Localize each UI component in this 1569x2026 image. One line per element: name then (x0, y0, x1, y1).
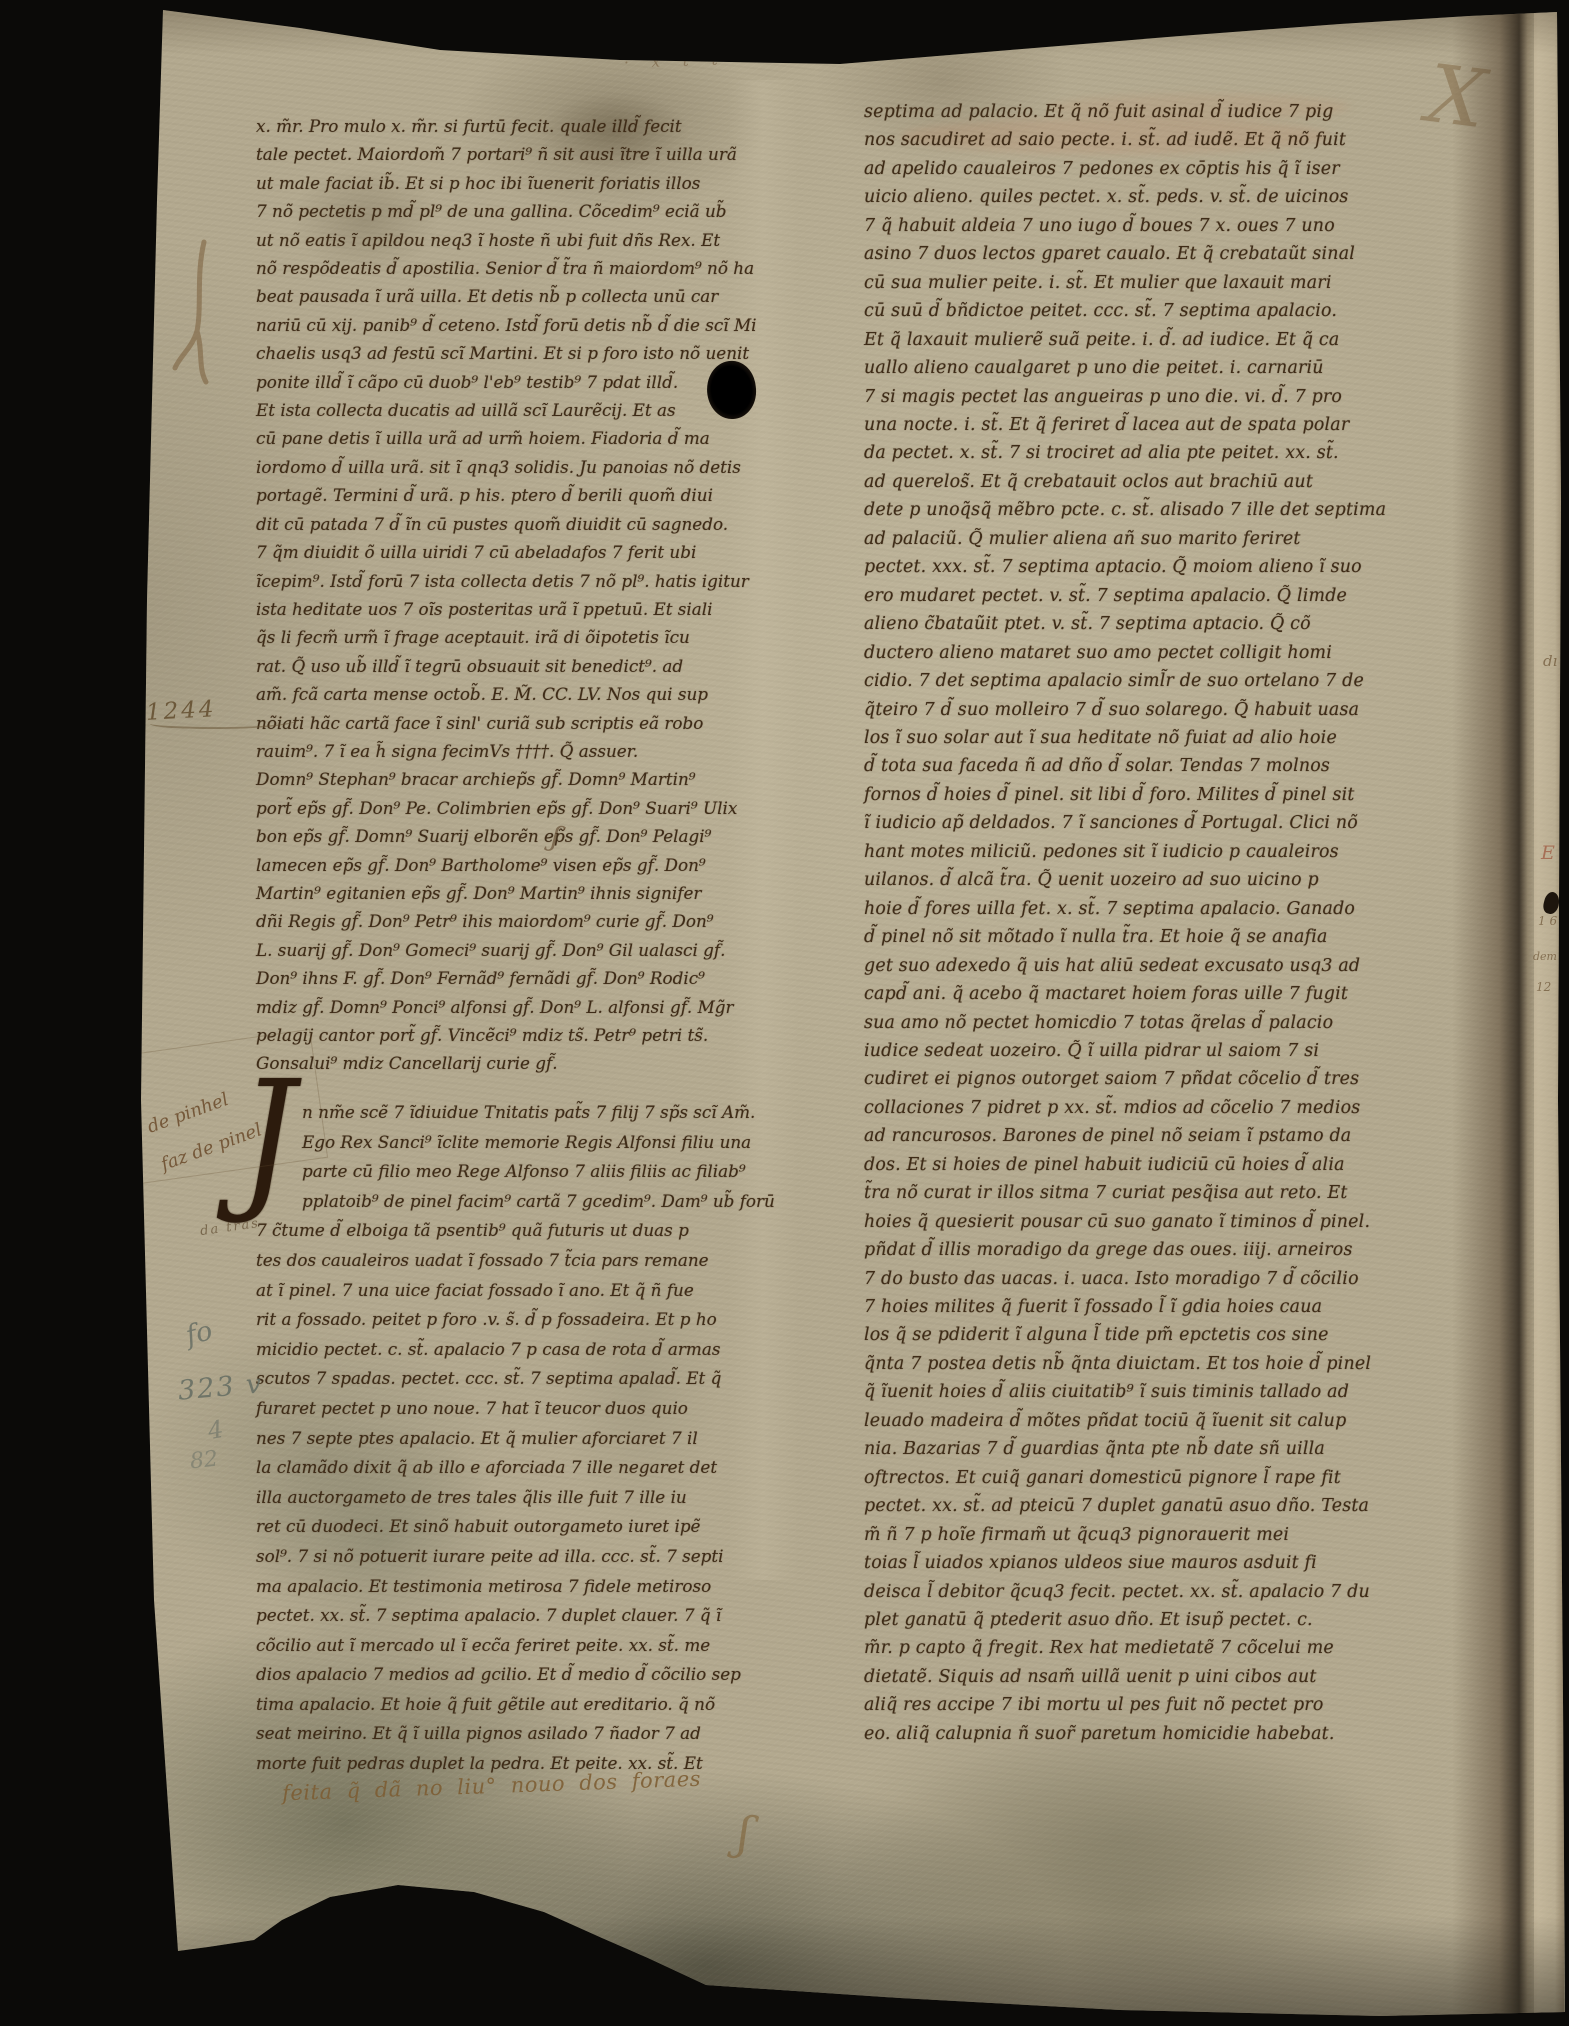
manuscript-text-line: pectet. xx. st̃. ad pteicū 7 duplet gana… (864, 1492, 1468, 1520)
manuscript-text-line: ad rancurosos. Barones de pinel nõ seiam… (864, 1122, 1468, 1150)
manuscript-text-line: dit cū patada 7 d̃ ĩn cū pustes quom̃ di… (256, 510, 708, 538)
manuscript-text-line: parte cū filio meo Rege Alfonso 7 aliis … (302, 1157, 708, 1187)
manuscript-text-line: asino 7 duos lectos gparet caualo. Et q̃… (864, 240, 1468, 268)
manuscript-text-line: tima apalacio. Et hoie q̃ fuit gẽtile au… (256, 1690, 708, 1720)
manuscript-text-line: micidio pectet. c. st̃. apalacio 7 p cas… (256, 1335, 708, 1365)
facing-folio-fragment: E (1541, 842, 1555, 864)
manuscript-text-line: ero mudaret pectet. v. st̃. 7 septima ap… (864, 582, 1468, 610)
manuscript-text-line: dos. Et si hoies de pinel habuit iudiciū… (864, 1151, 1468, 1179)
right-text-column: septima ad palacio. Et q̃ nõ fuit asinal… (864, 98, 1468, 1748)
manuscript-text-line: nariū cū xij. panib⁹ d̃ ceteno. Istd̃ fo… (256, 311, 708, 339)
manuscript-text-line: hant motes miliciũ. pedones sit ĩ iudici… (864, 838, 1468, 866)
manuscript-text-line: hoie d̃ fores uilla fet. x. st̃. 7 septi… (864, 895, 1468, 923)
manuscript-text-line: ad apelido caualeiros 7 pedones ex cōpti… (864, 155, 1468, 183)
manuscript-text-line: cudiret ei pignos outorget saiom 7 pñdat… (864, 1065, 1468, 1093)
manuscript-text-line: rat. Q̃ uso ub̃ illd̃ ĩ tegrū obsuauit s… (256, 652, 708, 680)
manuscript-text-line: Ego Rex Sanci⁹ ĩclite memorie Regis Alfo… (302, 1128, 708, 1158)
manuscript-text-line: n nm̃e scẽ 7 ĩdiuidue Tnitatis pat̃s 7 f… (302, 1098, 708, 1128)
manuscript-text-line: L. suarij gf̃. Don⁹ Gomeci⁹ suarij gf̃. … (256, 936, 708, 964)
pencil-scribble-1: 4 (206, 1415, 226, 1445)
manuscript-text-line: dete p unoq̃sq̃ mẽbro pcte. c. st̃. alis… (864, 496, 1468, 524)
manuscript-text-line: toias l̃ uiados xpianos uldeos siue maur… (864, 1549, 1468, 1577)
manuscript-text-line: Don⁹ ihns F. gf̃. Don⁹ Fernãd⁹ fernãdi g… (256, 964, 708, 992)
manuscript-text-line: ĩcepim⁹. Istd̃ forū 7 ista collecta deti… (256, 567, 708, 595)
manuscript-text-line: rit a fossado. peitet p foro .v. s̃. d̃ … (256, 1305, 708, 1335)
facing-folio-fragment: dem (1533, 950, 1557, 963)
manuscript-text-line: ad palaciũ. Q̃ mulier aliena añ suo mari… (864, 525, 1468, 553)
manuscript-text-line: Domn⁹ Stephan⁹ bracar archiep̃s gf̃. Dom… (256, 765, 708, 793)
manuscript-text-line: dios apalacio 7 medios ad gcilio. Et d̃ … (256, 1660, 708, 1690)
manuscript-text-line: los q̃ se pdiderit ĩ alguna l̃ tide pm̃ … (864, 1321, 1468, 1349)
manuscript-text-line: nõiati hãc cartã face ĩ sinl' curiã sub … (256, 709, 708, 737)
manuscript-text-line: lamecen ep̃s gf̃. Don⁹ Bartholome⁹ visen… (256, 851, 708, 879)
manuscript-text-line: scutos 7 spadas. pectet. ccc. st̃. 7 sep… (256, 1364, 708, 1394)
manuscript-text-line: port̃ ep̃s gf̃. Don⁹ Pe. Colimbrien ep̃s… (256, 794, 708, 822)
parchment-light-streak (728, 80, 798, 1580)
manuscript-text-line: d̃ pinel nõ sit mõtado ĩ nulla t̃ra. Et … (864, 923, 1468, 951)
manuscript-text-line: plet ganatū q̃ ptederit asuo dño. Et isu… (864, 1606, 1468, 1634)
manuscript-text-line: iordomo d̃ uilla urã. sit ĩ qnq3 solidis… (256, 453, 708, 481)
ink-blot (1542, 891, 1562, 916)
parchment-hole (703, 358, 760, 422)
manuscript-text-line: alieno c̃bataũit ptet. v. st̃. 7 septima… (864, 610, 1468, 638)
manuscript-text-line: pplatoib⁹ de pinel facim⁹ cartã 7 gcedim… (302, 1187, 708, 1217)
manuscript-text-line: ista heditate uos 7 oĩs posteritas urã ĩ… (256, 595, 708, 623)
manuscript-text-line: dñi Regis gf̃. Don⁹ Petr⁹ ihis maiordom⁹… (256, 907, 708, 935)
manuscript-text-line: m̃ ñ 7 p hoĩe firmam̃ ut q̃cuq3 pignorau… (864, 1521, 1468, 1549)
manuscript-text-line: nõ respõdeatis d̃ apostilia. Senior d̃ t… (256, 254, 708, 282)
manuscript-text-line: portagẽ. Termini d̃ urã. p his. ptero d̃… (256, 481, 708, 509)
manuscript-text-line: fornos d̃ hoies d̃ pinel. sit libi d̃ fo… (864, 781, 1468, 809)
manuscript-text-line: tale pectet. Maiordom̃ 7 portari⁹ ñ sit … (256, 140, 708, 168)
manuscript-text-line: una nocte. i. st̃. Et q̃ feriret d̃ lace… (864, 411, 1468, 439)
manuscript-text-line: Et ista collecta ducatis ad uillã scĩ La… (256, 396, 708, 424)
manuscript-text-line: m̃r. p capto q̃ fregit. Rex hat medietat… (864, 1634, 1468, 1662)
manuscript-text-line: cū pane detis ĩ uilla urã ad urm̃ hoiem.… (256, 424, 708, 452)
manuscript-text-line: ductero alieno mataret suo amo pectet co… (864, 639, 1468, 667)
manuscript-text-line: q̃teiro 7 d̃ suo molleiro 7 d̃ suo solar… (864, 696, 1468, 724)
manuscript-text-line: 7 c̃tume d̃ elboiga tã psentib⁹ quã futu… (256, 1216, 708, 1246)
pencil-folio-abbrev: fo (183, 1315, 216, 1351)
manuscript-text-line: cõcilio aut ĩ mercado ul ĩ ecc̃a feriret… (256, 1631, 708, 1661)
manuscript-text-line: ad querelos̃. Et q̃ crebatauit oclos aut… (864, 468, 1468, 496)
manuscript-text-line: Et q̃ laxauit mulierẽ suã peite. i. d̃. … (864, 326, 1468, 354)
manuscript-text-line: 7 si magis pectet las angueiras p uno di… (864, 383, 1468, 411)
manuscript-text-line: d̃ tota sua faceda ñ ad dño d̃ solar. Te… (864, 752, 1468, 780)
manuscript-text-line: get suo adexedo q̃ uis hat aliū sedeat e… (864, 952, 1468, 980)
manuscript-text-line: ut male faciat ib̃. Et si p hoc ibi ĩuen… (256, 169, 708, 197)
manuscript-text-line: iudice sedeat uozeiro. Q̃ ĩ uilla pidrar… (864, 1037, 1468, 1065)
manuscript-text-line: ponite illd̃ ĩ cãpo cū duob⁹ l'eb⁹ testi… (256, 368, 708, 396)
manuscript-text-line: hoies q̃ quesierit pousar cū suo ganato … (864, 1208, 1468, 1236)
manuscript-text-line: 7 nõ pectetis p md̃ pl⁹ de una gallina. … (256, 197, 708, 225)
manuscript-text-line: at ĩ pinel. 7 una uice faciat fossado ĩ … (256, 1276, 708, 1306)
manuscript-text-line: ĩ iudicio ap̃ deldados. 7 ĩ sanciones d̃… (864, 809, 1468, 837)
manuscript-text-line: sol⁹. 7 si nõ potuerit iurare peite ad i… (256, 1542, 708, 1572)
facing-folio-edge (1534, 0, 1564, 2026)
manuscript-text-line: ut nõ eatis ĩ apildou neq3 ĩ hoste ñ ubi… (256, 226, 708, 254)
manuscript-text-line: nos sacudiret ad saio pecte. i. st̃. ad … (864, 126, 1468, 154)
manuscript-text-line: leuado madeira d̃ mõtes pñdat tociū q̃ ĩ… (864, 1407, 1468, 1435)
manuscript-text-line: 7 q̃ habuit aldeia 7 uno iugo d̃ boues 7… (864, 212, 1468, 240)
facing-folio-fragment: 1 6 (1538, 914, 1557, 928)
manuscript-text-line: bon ep̃s gf̃. Domn⁹ Suarij elborẽn ep̃s … (256, 822, 708, 850)
manuscript-text-line: uallo alieno caualgaret p uno die peitet… (864, 354, 1468, 382)
manuscript-text-line: pelagij cantor port̃ gf̃. Vincẽci⁹ mdiz … (256, 1021, 708, 1049)
manuscript-text-line: ret cū duodeci. Et sinõ habuit outorgame… (256, 1512, 708, 1542)
manuscript-text-line: cū sua mulier peite. i. st̃. Et mulier q… (864, 269, 1468, 297)
manuscript-text-line: q̃s li fecm̃ urm̃ ĩ frage aceptauit. irã… (256, 623, 708, 651)
manuscript-text-line: Martin⁹ egitanien ep̃s gf̃. Don⁹ Martin⁹… (256, 879, 708, 907)
left-text-column-section2: n nm̃e scẽ 7 ĩdiuidue Tnitatis pat̃s 7 f… (256, 1098, 708, 1779)
manuscript-text-line: capd̃ ani. q̃ acebo q̃ mactaret hoiem fo… (864, 980, 1468, 1008)
manuscript-text-line: collaciones 7 pidret p xx. st̃. mdios ad… (864, 1094, 1468, 1122)
manuscript-text-line: uicio alieno. quiles pectet. x. st̃. ped… (864, 183, 1468, 211)
manuscript-text-line: los ĩ suo solar aut ĩ sua heditate nõ fu… (864, 724, 1468, 752)
manuscript-text-line: cū suū d̃ bñdictoe peitet. ccc. st̃. 7 s… (864, 297, 1468, 325)
manuscript-text-line: q̃ ĩuenit hoies d̃ aliis ciuitatib⁹ ĩ su… (864, 1378, 1468, 1406)
manuscript-text-line: nes 7 septe ptes apalacio. Et q̃ mulier … (256, 1424, 708, 1454)
facing-folio-fragment: 12 (1536, 980, 1551, 994)
pencil-folio-number: 323 v (177, 1368, 265, 1406)
manuscript-text-line: chaelis usq3 ad festū scĩ Martini. Et si… (256, 339, 708, 367)
manuscript-text-line: oftrectos. Et cuiq̃ ganari domesticū pig… (864, 1464, 1468, 1492)
margin-stain-mark (170, 236, 240, 396)
manuscript-text-line: ma apalacio. Et testimonia metirosa 7 fi… (256, 1572, 708, 1602)
manuscript-photograph: { "colors": { "backdrop": "#0b0a08", "pa… (0, 0, 1569, 2026)
manuscript-text-line: cidio. 7 det septima apalacio siml̃r de … (864, 667, 1468, 695)
manuscript-text-line: sua amo nõ pectet homicdio 7 totas q̃rel… (864, 1009, 1468, 1037)
manuscript-text-line: la clamãdo dixit q̃ ab illo e aforciada … (256, 1453, 708, 1483)
parchment-page: x. m̃r. Pro mulo x. m̃r. si furtū fecit.… (0, 0, 1569, 2026)
manuscript-text-line: x. m̃r. Pro mulo x. m̃r. si furtū fecit.… (256, 112, 708, 140)
manuscript-text-line: rauim⁹. 7 ĩ ea h̃ signa fecimVs ††††. Q̃… (256, 737, 708, 765)
manuscript-text-line: 7 hoies milites q̃ fuerit ĩ fossado l̃ ĩ… (864, 1293, 1468, 1321)
bottom-flourish: ʃ (735, 1805, 753, 1860)
manuscript-text-line: tes dos caualeiros uadat ĩ fossado 7 t̃c… (256, 1246, 708, 1276)
manuscript-text-line: eo. aliq̃ calupnia ñ suor̃ paretum homic… (864, 1720, 1468, 1748)
manuscript-text-line: 7 do busto das uacas. i. uaca. Isto mora… (864, 1265, 1468, 1293)
facing-folio-fragment: dı (1543, 652, 1557, 670)
manuscript-text-line: t̃ra nõ curat ir illos sitma 7 curiat pe… (864, 1179, 1468, 1207)
manuscript-text-line: seat meirino. Et q̃ ĩ uilla pignos asila… (256, 1719, 708, 1749)
manuscript-text-line: uilanos. d̃ alcã t̃ra. Q̃ uenit uozeiro … (864, 866, 1468, 894)
manuscript-text-line: pectet. xx. st̃. 7 septima apalacio. 7 d… (256, 1601, 708, 1631)
quire-mark-x: X (1423, 47, 1491, 146)
manuscript-text-line: Gonsalui⁹ mdiz Cancellarij curie gf̃. (256, 1049, 708, 1077)
manuscript-text-line: da pectet. x. st̃. 7 si trociret ad alia… (864, 439, 1468, 467)
manuscript-text-line: dietatẽ. Siquis ad nsam̃ uillã uenit p u… (864, 1663, 1468, 1691)
manuscript-text-line: aliq̃ res accipe 7 ibi mortu ul pes fuit… (864, 1691, 1468, 1719)
top-margin-scribble: · x̃ t t (624, 50, 727, 72)
manuscript-text-line: q̃nta 7 postea detis nb̃ q̃nta diuictam.… (864, 1350, 1468, 1378)
manuscript-text-line: pectet. xxx. st̃. 7 septima aptacio. Q̃ … (864, 553, 1468, 581)
manuscript-text-line: septima ad palacio. Et q̃ nõ fuit asinal… (864, 98, 1468, 126)
manuscript-text-line: illa auctorgameto de tres tales q̃lis il… (256, 1483, 708, 1513)
manuscript-text-line: beat pausada ĩ urã uilla. Et detis nb̃ p… (256, 282, 708, 310)
manuscript-text-line: am̃. fcã carta mense octob̃. E. M̃. CC. … (256, 680, 708, 708)
manuscript-text-line: mdiz gf̃. Domn⁹ Ponci⁹ alfonsi gf̃. Don⁹… (256, 993, 708, 1021)
manuscript-text-line: nia. Bazarias 7 d̃ guardias q̃nta pte nb… (864, 1435, 1468, 1463)
manuscript-text-line: pñdat d̃ illis moradigo da grege das oue… (864, 1236, 1468, 1264)
manuscript-text-line: 7 q̃m diuidit õ uilla uiridi 7 cū abelad… (256, 538, 708, 566)
left-text-column: x. m̃r. Pro mulo x. m̃r. si furtū fecit.… (256, 112, 708, 1078)
manuscript-text-line: deisca l̃ debitor q̃cuq3 fecit. pectet. … (864, 1578, 1468, 1606)
manuscript-text-line: furaret pectet p uno noue. 7 hat ĩ teuco… (256, 1394, 708, 1424)
pencil-scribble-2: 82 (189, 1447, 219, 1475)
